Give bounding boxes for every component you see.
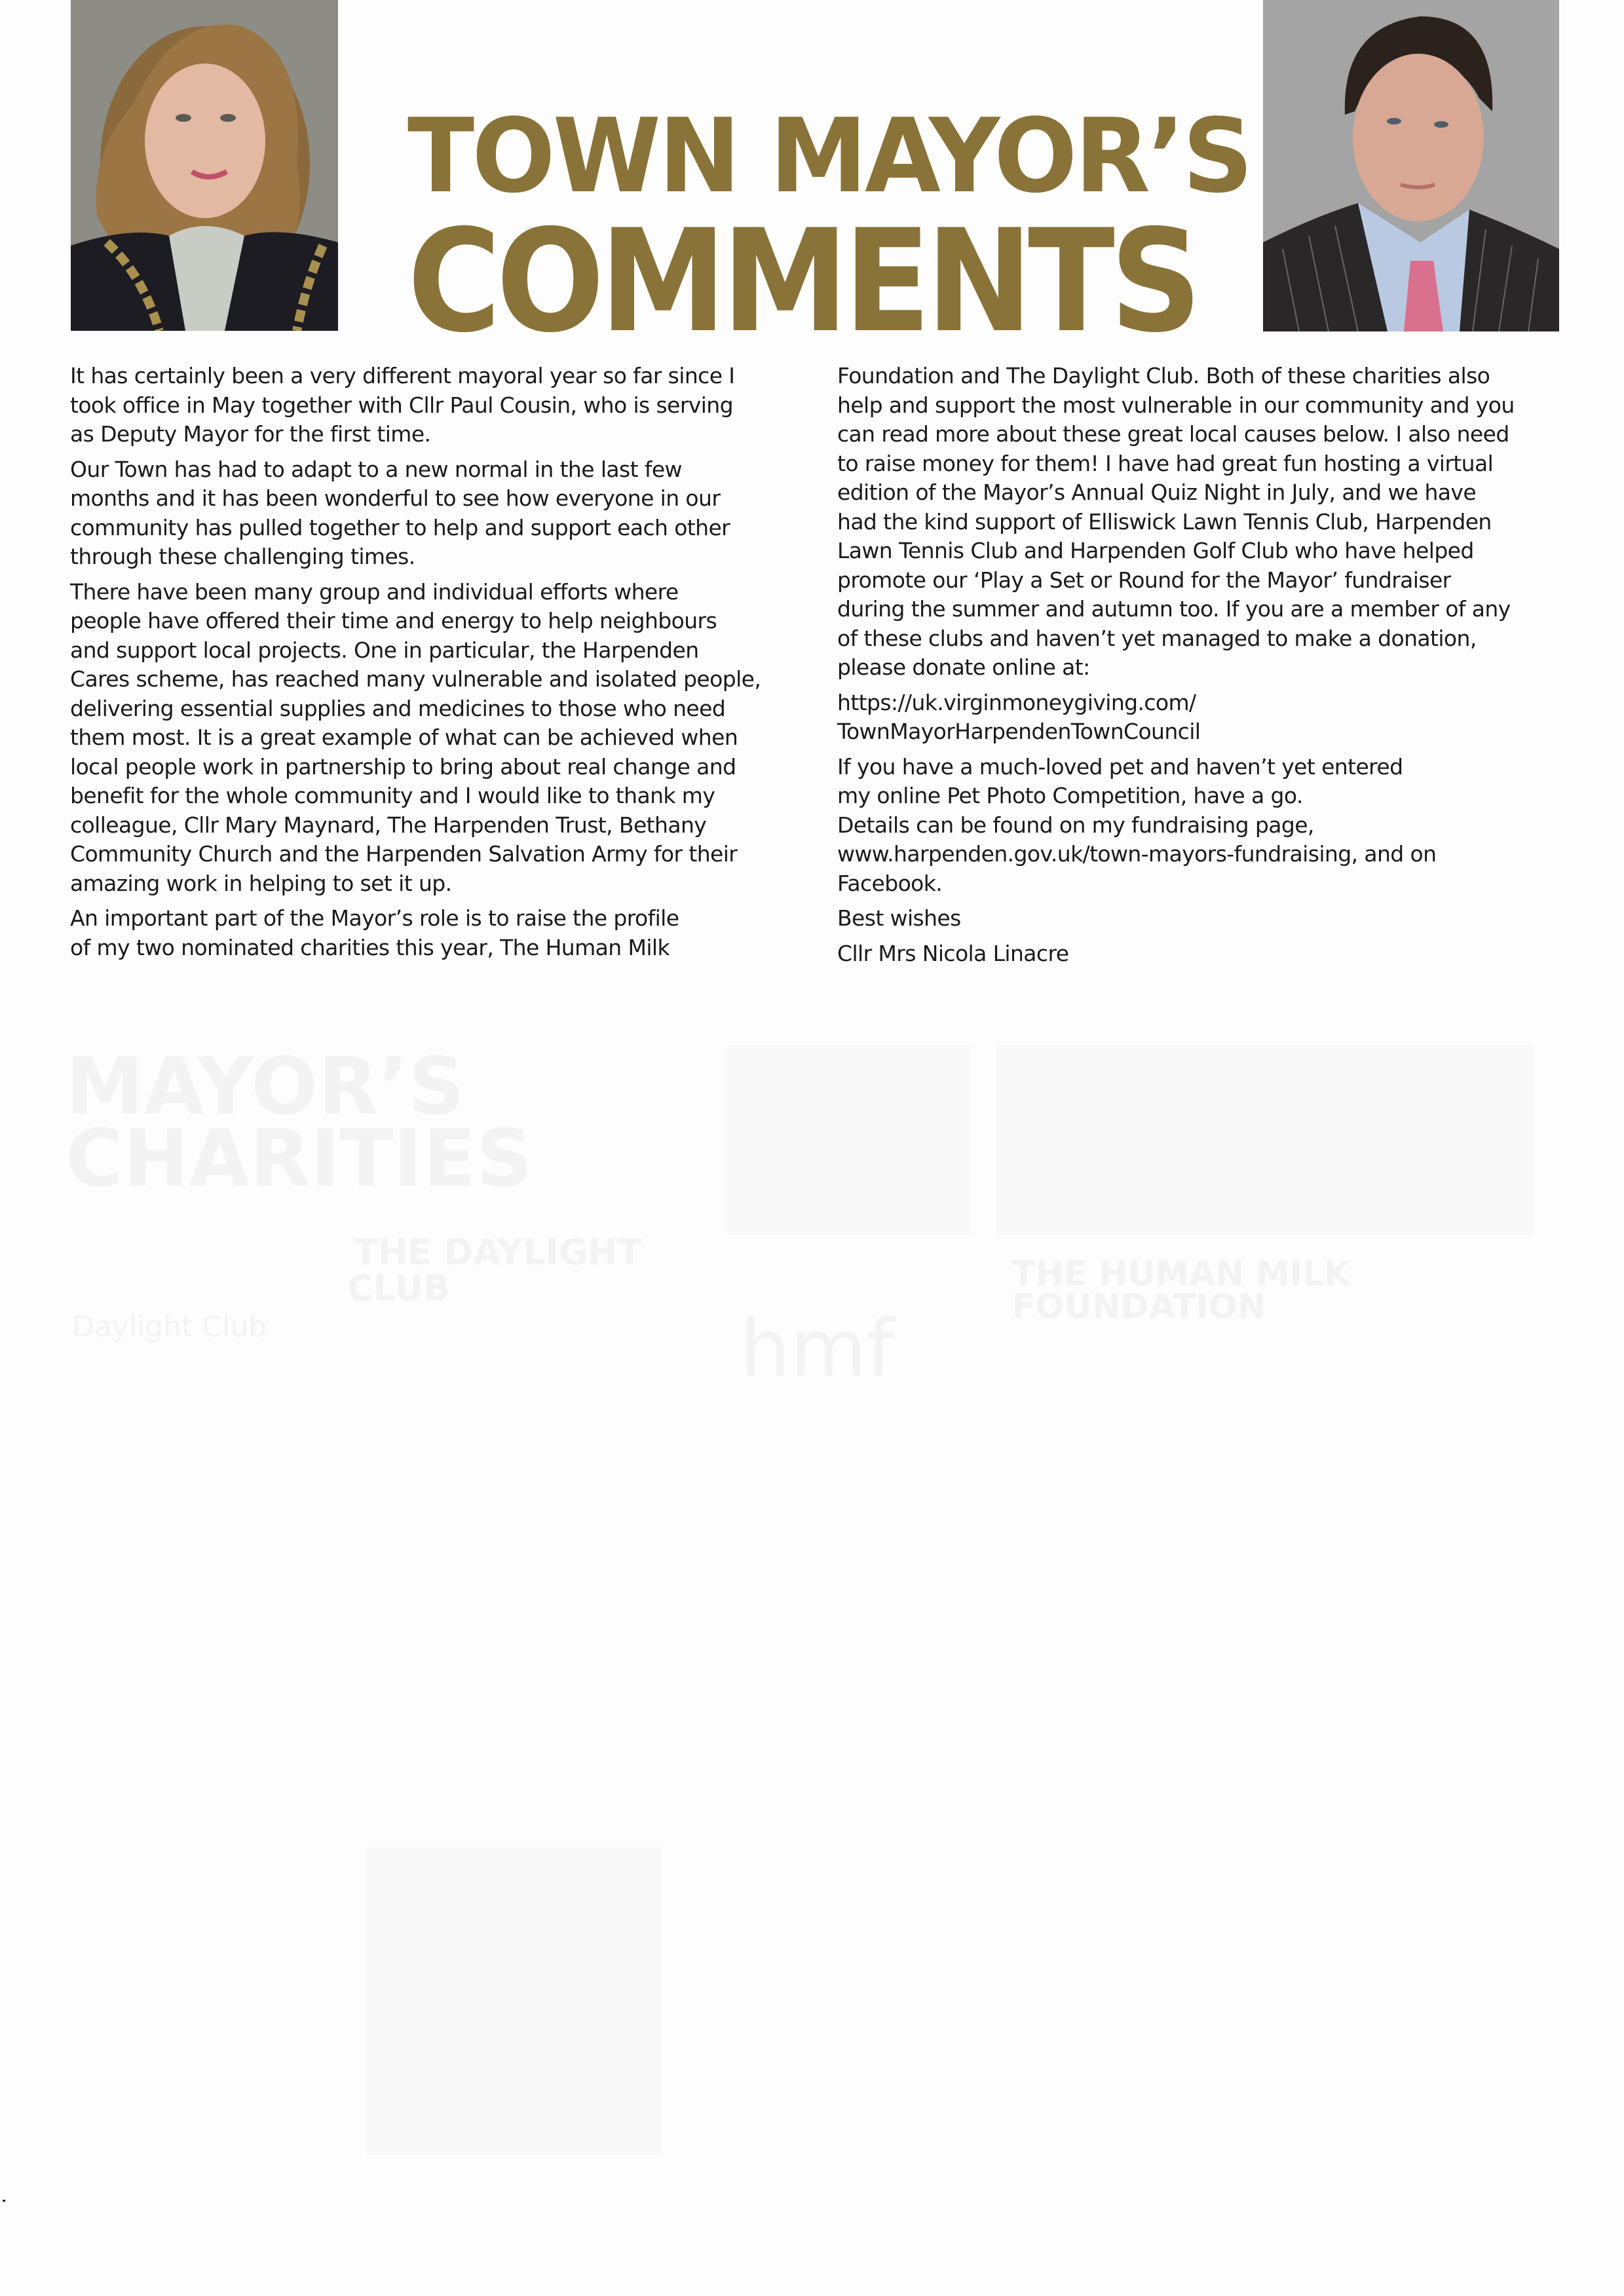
text-line: edition of the Mayor’s Annual Quiz Night… [837,478,1584,508]
text-line: local people work in partnership to brin… [70,753,797,782]
donation-url[interactable]: https://uk.virginmoneygiving.com/ TownMa… [837,688,1584,747]
paragraph-charities-intro: An important part of the Mayor’s role is… [70,904,797,962]
mayor-portrait-photo [71,0,338,331]
text-line: Cares scheme, has reached many vulnerabl… [70,665,797,694]
text-line: to raise money for them! I have had grea… [837,449,1584,479]
text-line: Our Town has had to adapt to a new norma… [70,455,797,485]
sign-off: Best wishes [837,904,1584,933]
paragraph-new-normal: Our Town has had to adapt to a new norma… [70,455,797,572]
portrait-man-icon [1263,0,1559,331]
donation-url-line[interactable]: https://uk.virginmoneygiving.com/ [837,688,1584,718]
text-line: my online Pet Photo Competition, have a … [837,781,1584,811]
text-line: Community Church and the Harpenden Salva… [70,840,797,869]
signature-name: Cllr Mrs Nicola Linacre [837,939,1584,969]
text-line: of these clubs and haven’t yet managed t… [837,624,1584,654]
show-through-daylight-heading-1: THE DAYLIGHT [354,1232,641,1273]
text-line: through these challenging times. [70,542,797,572]
text-line: took office in May together with Cllr Pa… [70,391,797,421]
text-line: help and support the most vulnerable in … [837,391,1584,421]
show-through-hmf-heading-2: FOUNDATION [1012,1287,1266,1327]
text-line: colleague, Cllr Mary Maynard, The Harpen… [70,811,797,840]
sign-off-text: Best wishes [837,904,1584,933]
text-line: Foundation and The Daylight Club. Both o… [837,362,1584,391]
text-line: Lawn Tennis Club and Harpenden Golf Club… [837,536,1584,566]
show-through-daylight-logo: Daylight Club [72,1310,267,1344]
deputy-mayor-portrait-photo [1263,0,1559,331]
text-line: them most. It is a great example of what… [70,723,797,753]
text-line: months and it has been wonderful to see … [70,484,797,514]
paragraph-fundraising: Foundation and The Daylight Club. Both o… [837,362,1584,683]
fundraising-url-line[interactable]: www.harpenden.gov.uk/town-mayors-fundrai… [837,840,1584,869]
text-line: An important part of the Mayor’s role is… [70,904,797,933]
text-line: If you have a much-loved pet and haven’t… [837,753,1584,782]
article-column-left: It has certainly been a very different m… [70,362,797,968]
show-through-photo [367,1847,662,2155]
show-through-hmf-logo: hmf [740,1304,894,1395]
text-line: Details can be found on my fundraising p… [837,811,1584,840]
text-line: of my two nominated charities this year,… [70,933,797,963]
text-line: and support local projects. One in parti… [70,636,797,666]
text-line: people have offered their time and energ… [70,607,797,636]
text-line: promote our ‘Play a Set or Round for the… [837,566,1584,595]
title-line-town-mayors: TOWN MAYOR’S [407,105,1194,207]
show-through-photo [996,1045,1533,1235]
text-line: There have been many group and individua… [70,578,797,607]
show-through-daylight-heading-2: CLUB [347,1268,450,1309]
text-line: can read more about these great local ca… [837,420,1584,449]
text-line: amazing work in helping to set it up. [70,869,797,899]
signature: Cllr Mrs Nicola Linacre [837,939,1584,969]
text-line: delivering essential supplies and medici… [70,694,797,724]
page-title: TOWN MAYOR’S COMMENTS [407,105,1226,352]
show-through-photo [727,1045,970,1235]
portrait-woman-icon [71,0,338,331]
text-line: as Deputy Mayor for the first time. [70,420,797,449]
text-line: please donate online at: [837,653,1584,683]
donation-url-line[interactable]: TownMayorHarpendenTownCouncil [837,717,1584,747]
title-line-comments: COMMENTS [407,211,1144,352]
paragraph-pet-competition: If you have a much-loved pet and haven’t… [837,753,1584,899]
article-column-right: Foundation and The Daylight Club. Both o… [837,362,1584,974]
text-line: It has certainly been a very different m… [70,362,797,391]
text-line: community has pulled together to help an… [70,514,797,543]
text-line: during the summer and autumn too. If you… [837,595,1584,624]
show-through-heading-2: CHARITIES [66,1114,533,1205]
paragraph-community-efforts: There have been many group and individua… [70,578,797,899]
text-line: had the kind support of Elliswick Lawn T… [837,508,1584,537]
scan-speck [3,2200,5,2202]
text-line: benefit for the whole community and I wo… [70,781,797,811]
text-line: Facebook. [837,869,1584,899]
paragraph-intro: It has certainly been a very different m… [70,362,797,449]
